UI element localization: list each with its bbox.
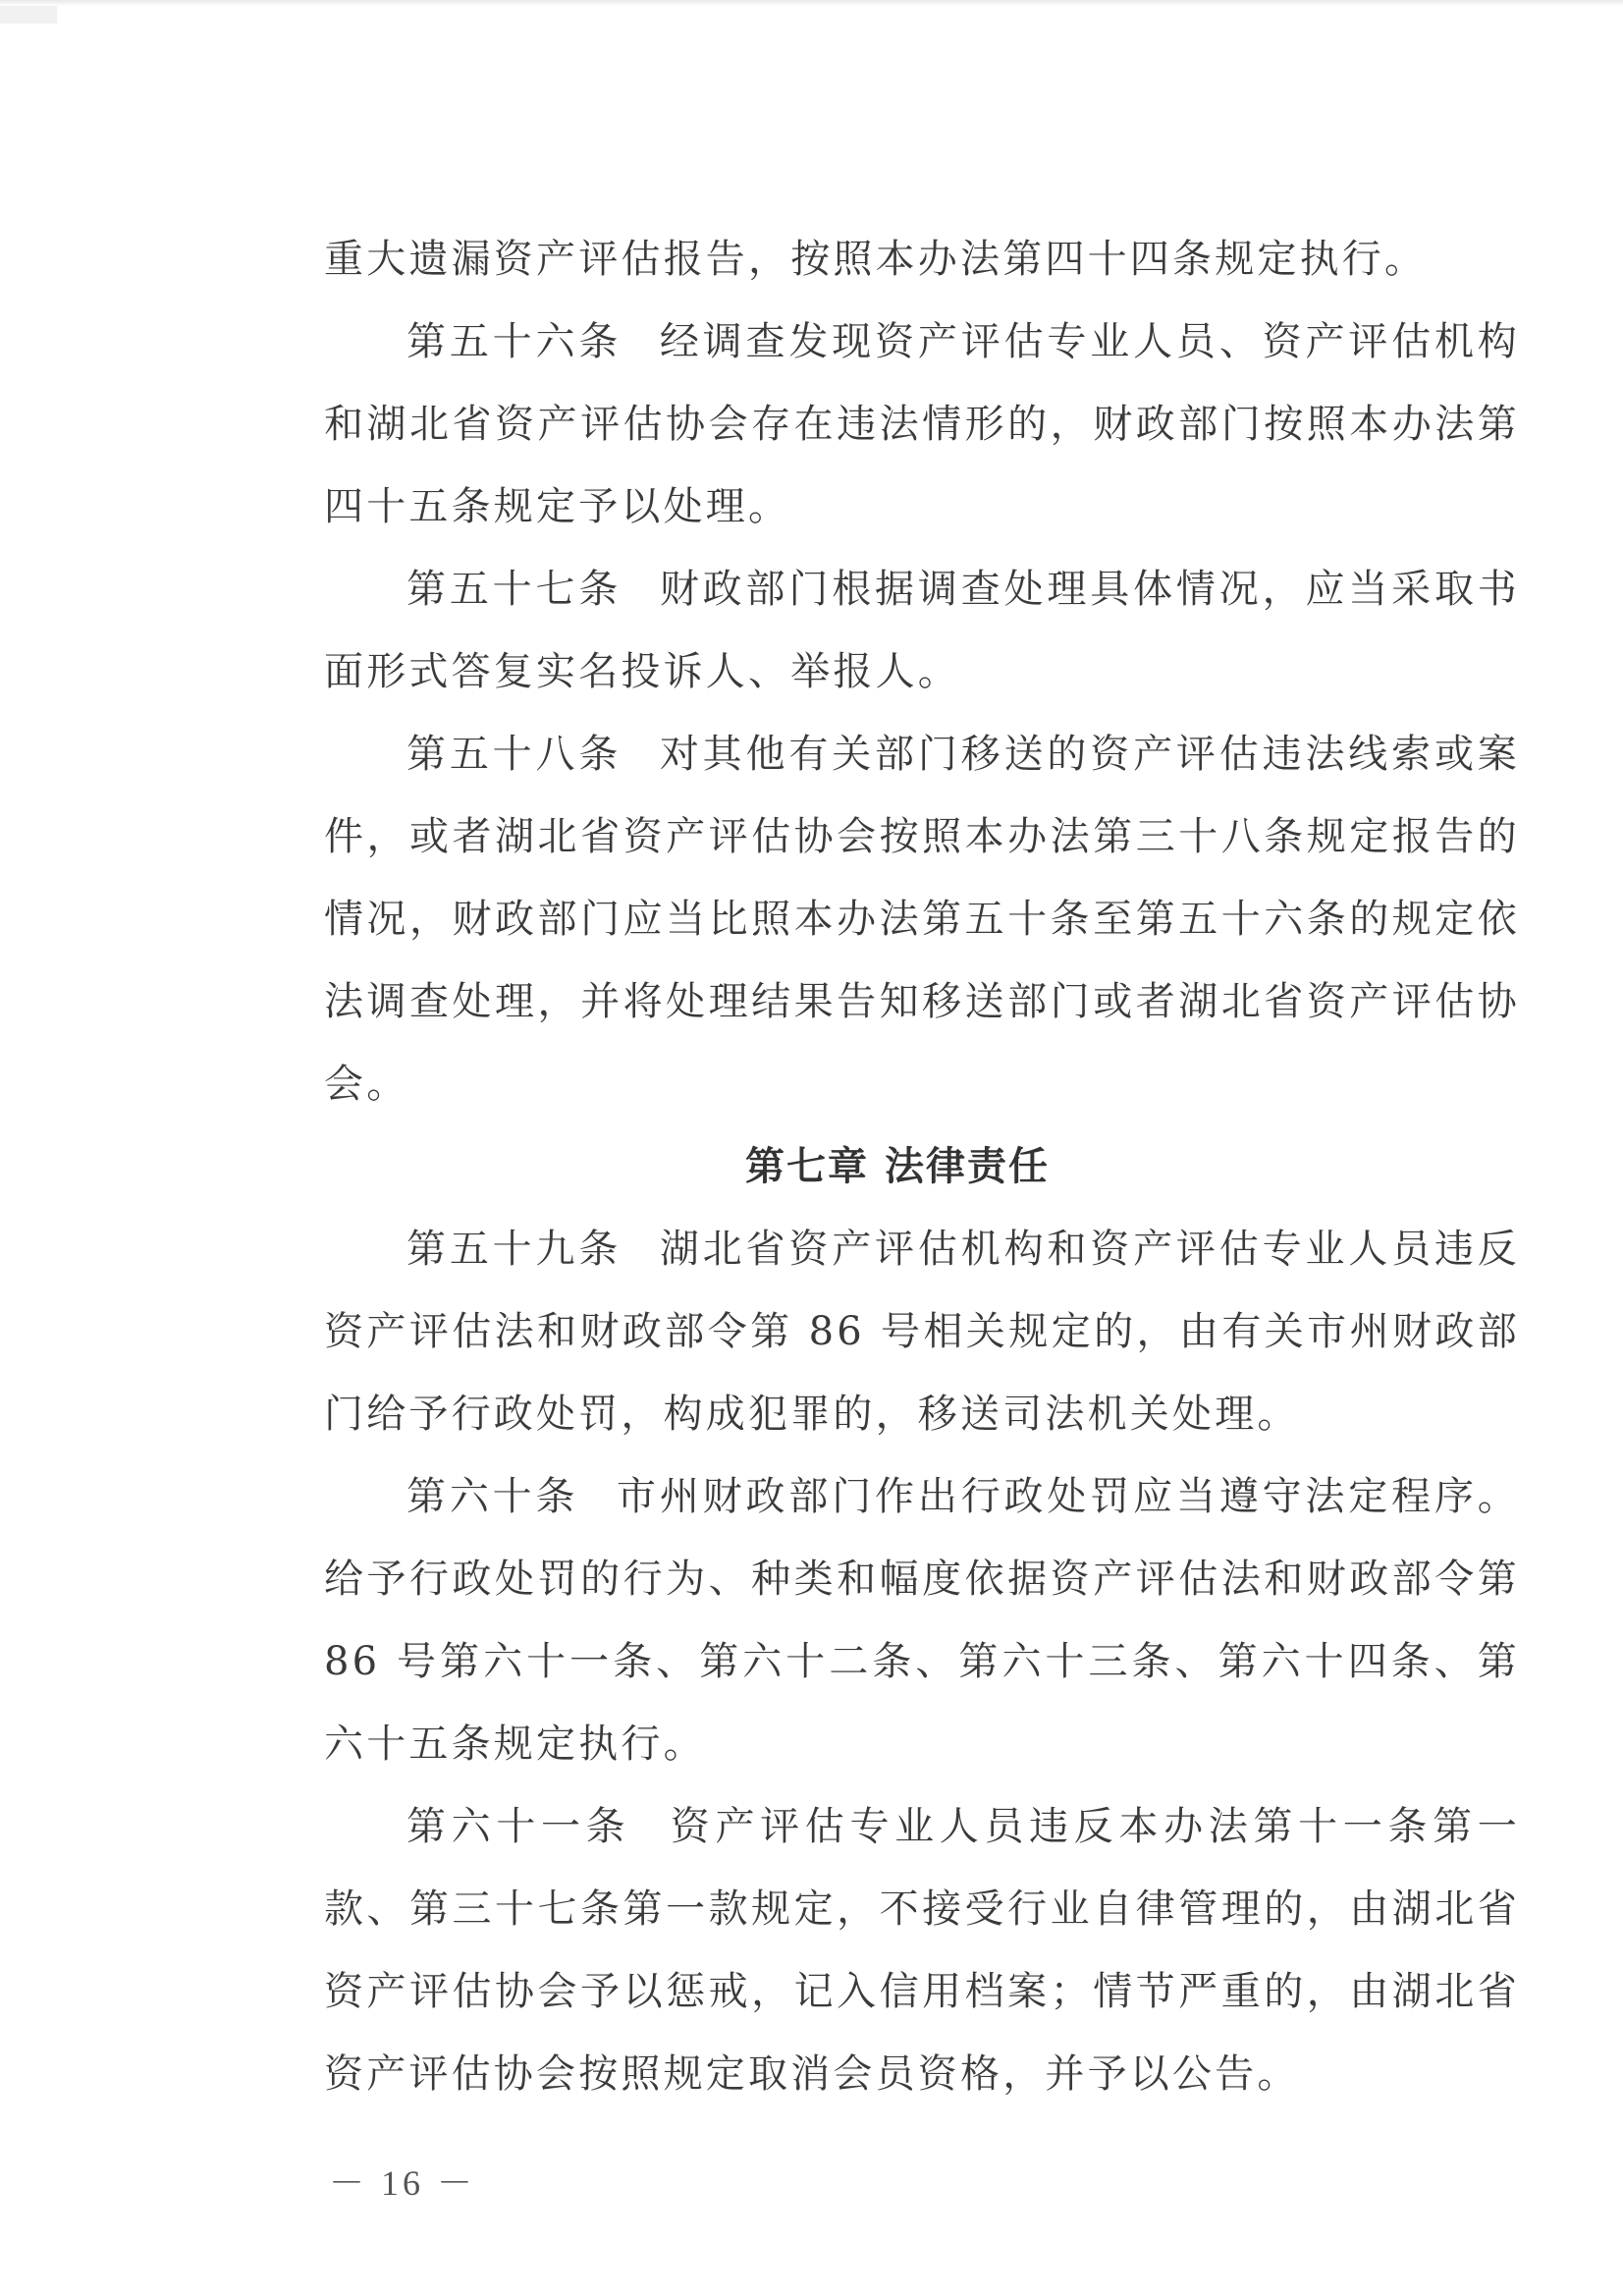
article-56: 第五十六条经调查发现资产评估专业人员、资产评估机构和湖北省资产评估协会存在违法情… [324,301,1520,548]
article-57: 第五十七条财政部门根据调查处理具体情况，应当采取书面形式答复实名投诉人、举报人。 [324,548,1520,713]
scan-edge-artifact [0,0,1623,6]
article-text: 对其他有关部门移送的资产评估违法线索或案件，或者湖北省资产评估协会按照本办法第三… [324,732,1520,1107]
article-number: 第五十八条 [406,732,622,777]
article-number: 第五十九条 [406,1227,622,1272]
article-60: 第六十条市州财政部门作出行政处罚应当遵守法定程序。给予行政处罚的行为、种类和幅度… [324,1455,1520,1785]
article-61: 第六十一条资产评估专业人员违反本办法第十一条第一款、第三十七条第一款规定，不接受… [324,1785,1520,2115]
paragraph-text: 重大遗漏资产评估报告，按照本办法第四十四条规定执行。 [324,237,1427,282]
article-number: 第六十条 [406,1474,578,1519]
document-body: 重大遗漏资产评估报告，按照本办法第四十四条规定执行。 第五十六条经调查发现资产评… [324,218,1520,2115]
article-59: 第五十九条湖北省资产评估机构和资产评估专业人员违反资产评估法和财政部令第 86 … [324,1208,1520,1455]
chapter-heading: 第七章 法律责任 [324,1125,1520,1208]
page-number: － 16 － [329,2156,476,2206]
document-page: 重大遗漏资产评估报告，按照本办法第四十四条规定执行。 第五十六条经调查发现资产评… [0,0,1623,2296]
article-58: 第五十八条对其他有关部门移送的资产评估违法线索或案件，或者湖北省资产评估协会按照… [324,713,1520,1125]
article-number: 第六十一条 [406,1804,630,1849]
scan-corner-artifact [0,6,57,24]
paragraph-continuation: 重大遗漏资产评估报告，按照本办法第四十四条规定执行。 [324,218,1520,301]
article-number: 第五十七条 [406,567,622,612]
article-number: 第五十六条 [406,319,622,364]
